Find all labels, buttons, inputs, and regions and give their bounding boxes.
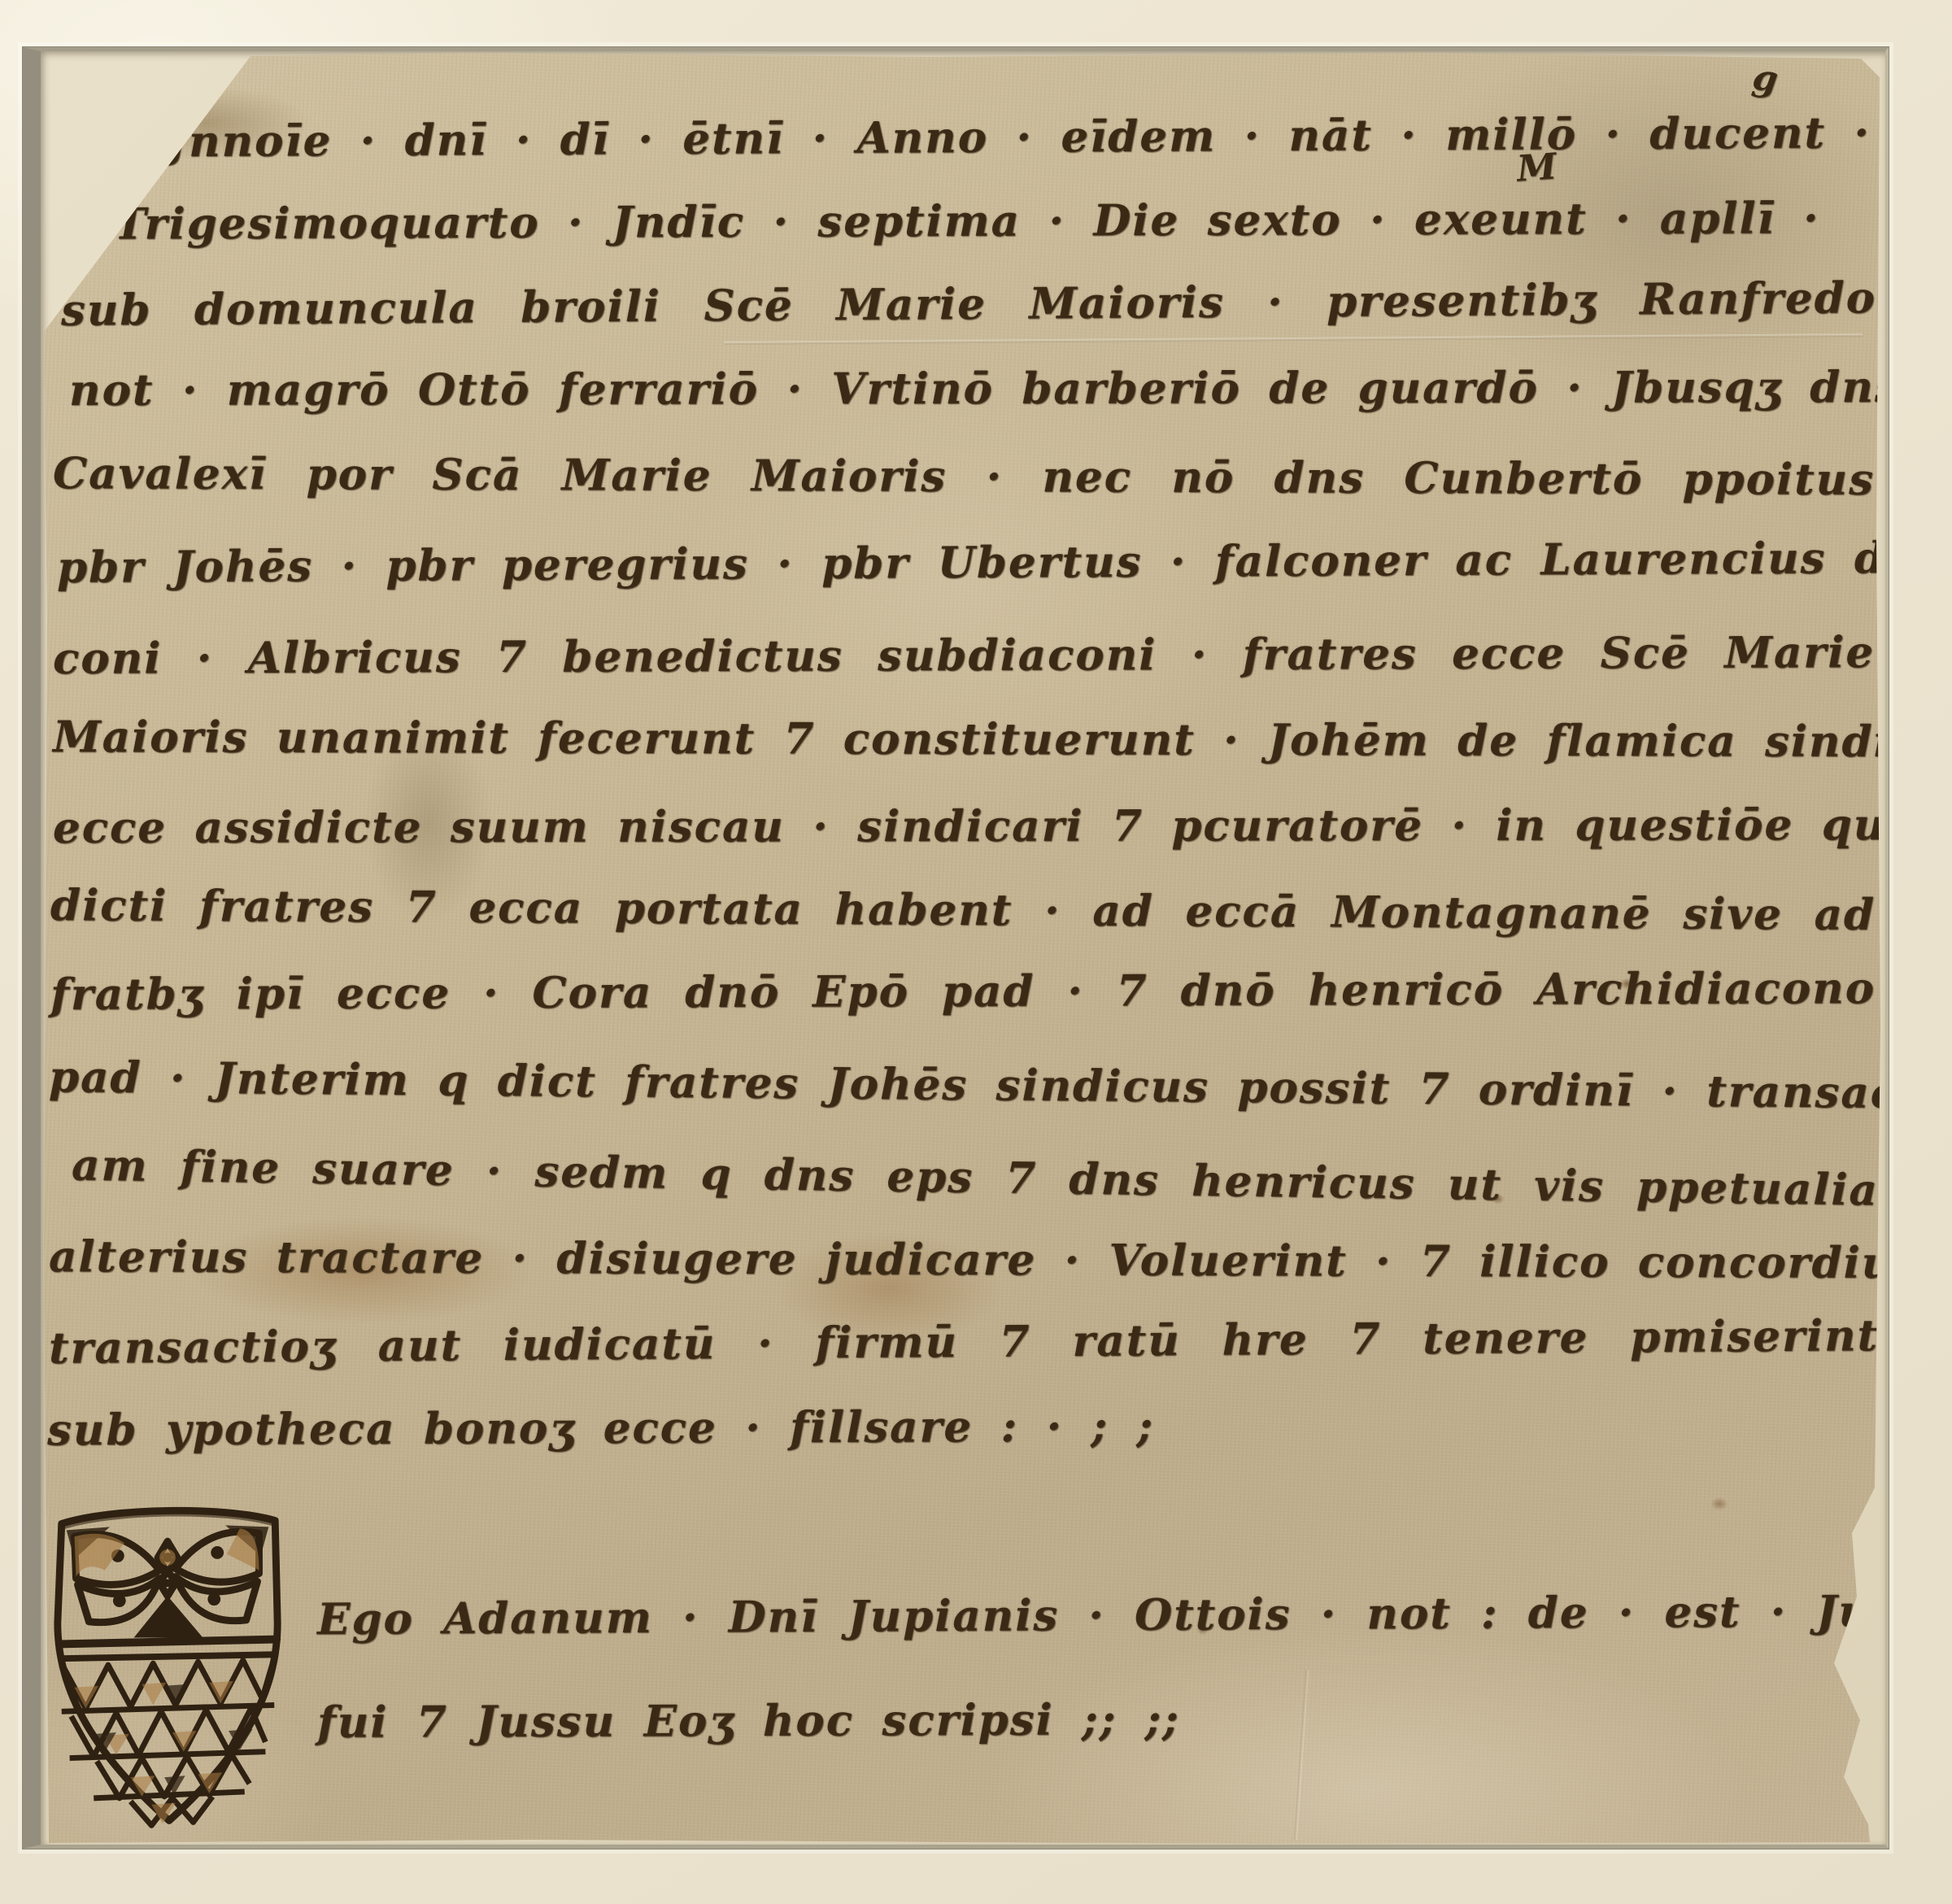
notary-shield-mark — [47, 1501, 288, 1839]
parchment-crease — [724, 333, 1863, 345]
framed-manuscript-photo: { "manuscript": { "colors": { "mat": "#e… — [0, 0, 1952, 1904]
manuscript-line: dicti fratres 7 ecca portata habent · ad… — [50, 880, 1876, 940]
superscript-abbreviation-mark: g — [1750, 56, 1781, 101]
manuscript-line: fratbʒ ipī ecce · Cora dnō Epō pad · 7 d… — [50, 963, 1876, 1020]
manuscript-line: · Jnnoīe · dnī · dī · ētnī · Anno · eīde… — [122, 107, 1840, 167]
manuscript-line: transactioʒ aut iudicatū · firmū 7 ratū … — [49, 1310, 1879, 1374]
manuscript-line: pbr Johēs · pbr peregrius · pbr Ubertus … — [57, 533, 1876, 593]
superscript-abbreviation-mark: M — [1515, 146, 1558, 190]
manuscript-line: Trigesimoquarto · Jndīc · septima · Die … — [114, 193, 1802, 249]
parchment-crease — [1294, 1670, 1309, 1841]
manuscript-line: am fine suare · sedm q dns eps 7 dns hen… — [72, 1139, 1880, 1215]
parchment-sheet: · Jnnoīe · dnī · dī · ētnī · Anno · eīde… — [41, 51, 1885, 1845]
manuscript-line: ecce assidicte suum niscau · sindicari 7… — [53, 800, 1880, 853]
manuscript-line: sub ypotheca bonoʒ ecce · fillsare : · ;… — [47, 1401, 1154, 1456]
manuscript-line: Maioris unanimit fecerunt 7 constituerun… — [53, 712, 1876, 767]
notary-subscription-line: fui 7 Jussu Eoʒ hoc scripsi ;; ;; — [317, 1694, 1180, 1748]
manuscript-line: coni · Albricus 7 benedictus subdiaconi … — [53, 627, 1875, 684]
notary-subscription-line: Ego Adanum · Dnī Jupianis · Ottois · not… — [317, 1586, 1903, 1645]
manuscript-line: Cavalexī por Scā Marie Maioris · nec nō … — [53, 448, 1875, 505]
mat-frame-window: · Jnnoīe · dnī · dī · ētnī · Anno · eīde… — [23, 47, 1889, 1849]
manuscript-line: alterius tractare · disiugere judicare ·… — [49, 1231, 1879, 1288]
manuscript-line: pad · Jnterim q dict fratres Johēs sindi… — [49, 1052, 1879, 1118]
manuscript-line: not · magrō Ottō ferrariō · Vrtinō barbe… — [69, 362, 1876, 416]
manuscript-line: sub domuncula broili Scē Marie Maioris ·… — [61, 272, 1876, 336]
